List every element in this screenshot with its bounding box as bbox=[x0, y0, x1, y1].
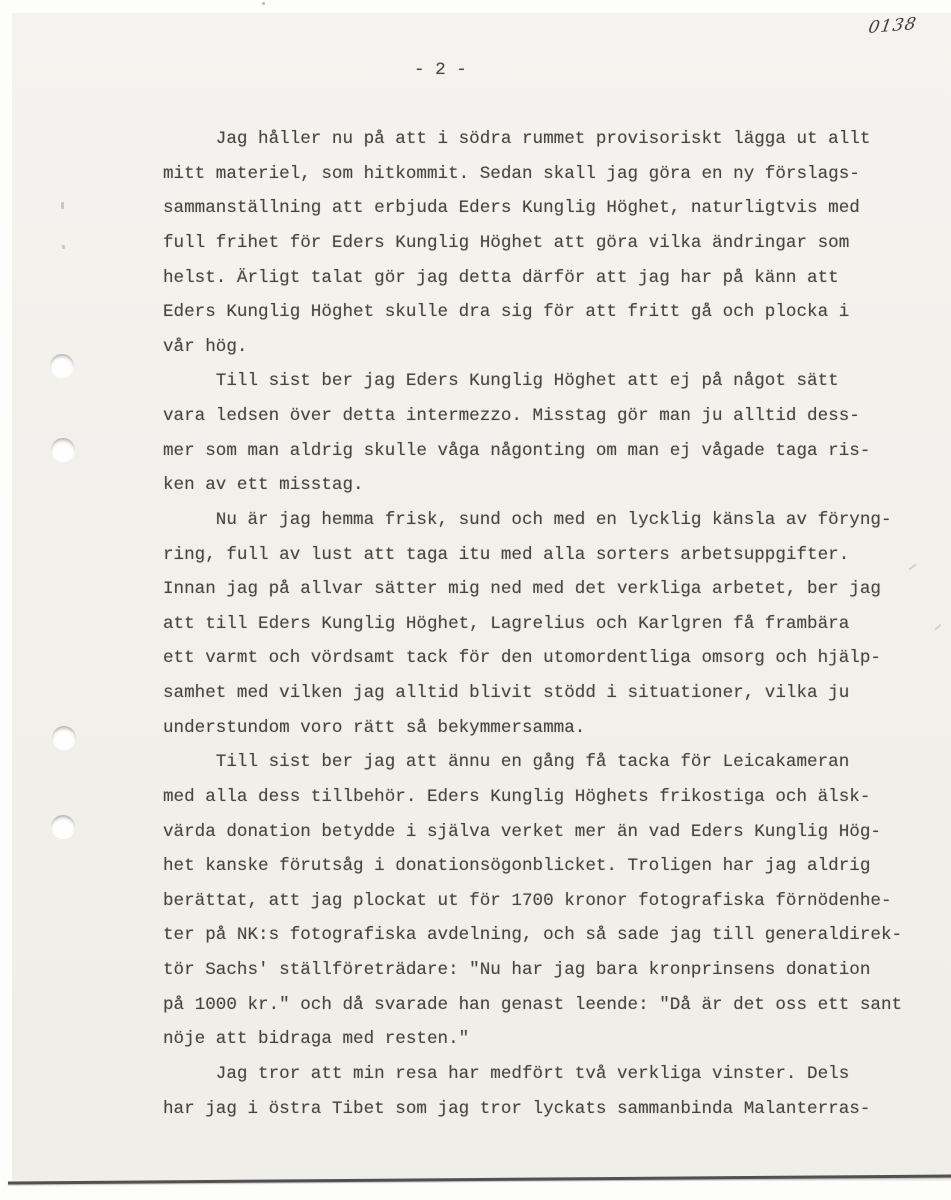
punch-hole bbox=[51, 815, 75, 839]
punch-hole bbox=[52, 726, 76, 750]
page-number: - 2 - bbox=[414, 60, 467, 80]
paper-smudge bbox=[61, 202, 64, 209]
text-line: berättat, att jag plockat ut för 1700 kr… bbox=[163, 884, 943, 919]
text-line: nöje att bidraga med resten." bbox=[163, 1022, 943, 1057]
text-line: vår hög. bbox=[163, 330, 943, 365]
punch-hole bbox=[50, 354, 74, 378]
text-line: helst. Ärligt talat gör jag detta därför… bbox=[163, 261, 943, 296]
text-line: Jag håller nu på att i södra rummet prov… bbox=[163, 122, 943, 157]
text-line: värda donation betydde i själva verket m… bbox=[163, 815, 943, 850]
text-line: ring, full av lust att taga itu med alla… bbox=[163, 538, 943, 573]
text-line: mitt materiel, som hitkommit. Sedan skal… bbox=[163, 157, 943, 192]
text-line: på 1000 kr." och då svarade han genast l… bbox=[163, 988, 943, 1023]
punch-hole bbox=[51, 438, 75, 462]
text-line: ett varmt och vördsamt tack för den utom… bbox=[163, 641, 943, 676]
text-line: att till Eders Kunglig Höghet, Lagrelius… bbox=[163, 607, 943, 642]
text-line: ken av ett misstag. bbox=[163, 468, 943, 503]
scan-speck bbox=[262, 2, 265, 5]
text-line: Eders Kunglig Höghet skulle dra sig för … bbox=[163, 295, 943, 330]
text-line: med alla dess tillbehör. Eders Kunglig H… bbox=[163, 780, 943, 815]
paper-smudge bbox=[62, 245, 65, 249]
text-line: sammanställning att erbjuda Eders Kungli… bbox=[163, 191, 943, 226]
text-line: ter på NK:s fotografiska avdelning, och … bbox=[163, 918, 943, 953]
text-line: har jag i östra Tibet som jag tror lycka… bbox=[163, 1092, 943, 1127]
text-line: mer som man aldrig skulle våga någonting… bbox=[163, 434, 943, 469]
text-line: vara ledsen över detta intermezzo. Misst… bbox=[163, 399, 943, 434]
text-line: Nu är jag hemma frisk, sund och med en l… bbox=[163, 503, 943, 538]
text-line: het kanske förutsåg i donationsögonblick… bbox=[163, 849, 943, 884]
text-line: understundom voro rätt så bekymmersamma. bbox=[163, 711, 943, 746]
text-line: tör Sachs' ställföreträdare: "Nu har jag… bbox=[163, 953, 943, 988]
text-line: Jag tror att min resa har medfört två ve… bbox=[163, 1057, 943, 1092]
text-line: Till sist ber jag att ännu en gång få ta… bbox=[163, 745, 943, 780]
text-line: full frihet för Eders Kunglig Höghet att… bbox=[163, 226, 943, 261]
text-line: Innan jag på allvar sätter mig ned med d… bbox=[163, 572, 943, 607]
scanned-letter-page: { "page": { "corner_number": "0138", "pa… bbox=[0, 0, 951, 1200]
text-line: Till sist ber jag Eders Kunglig Höghet a… bbox=[163, 364, 943, 399]
text-line: samhet med vilken jag alltid blivit stöd… bbox=[163, 676, 943, 711]
letter-body: Jag håller nu på att i södra rummet prov… bbox=[163, 122, 943, 1126]
